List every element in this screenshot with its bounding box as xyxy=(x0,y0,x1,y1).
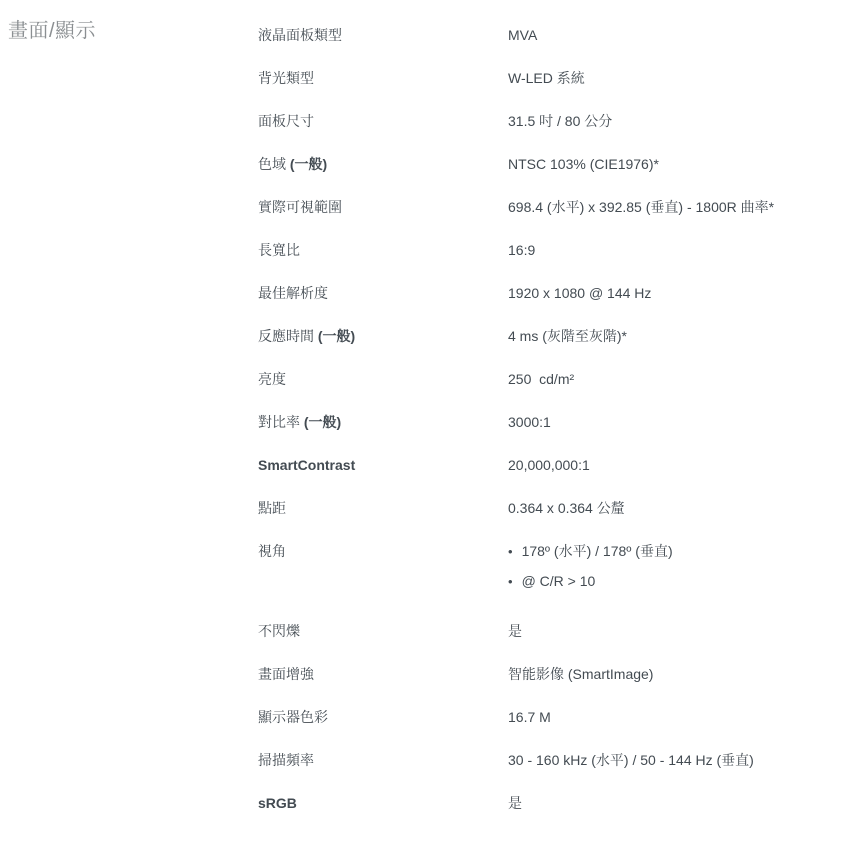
bullet-text: @ C/R > 10 xyxy=(522,572,596,591)
spec-row: 視角•178º (水平) / 178º (垂直)•@ C/R > 10 xyxy=(258,534,850,614)
spec-row: 亮度250 cd/m² xyxy=(258,362,850,405)
spec-row: 對比率 (一般)3000:1 xyxy=(258,405,850,448)
spec-value: 20,000,000:1 xyxy=(508,456,590,475)
spec-label: 最佳解析度 xyxy=(258,284,508,303)
spec-label: 掃描頻率 xyxy=(258,751,508,770)
spec-value: MVA xyxy=(508,26,537,45)
spec-value: 智能影像 (SmartImage) xyxy=(508,665,653,684)
spec-value: 698.4 (水平) x 392.85 (垂直) - 1800R 曲率* xyxy=(508,198,774,217)
spec-label: SmartContrast xyxy=(258,456,508,475)
spec-value: 是 xyxy=(508,622,522,641)
bullet-line: •178º (水平) / 178º (垂直) xyxy=(508,542,673,561)
spec-value: W-LED 系統 xyxy=(508,69,585,88)
bullet-icon: • xyxy=(508,542,513,561)
spec-label: 背光類型 xyxy=(258,69,508,88)
spec-label: 顯示器色彩 xyxy=(258,708,508,727)
spec-label: 反應時間 (一般) xyxy=(258,327,508,346)
spec-value: 0.364 x 0.364 公釐 xyxy=(508,499,625,518)
bullet-text: 178º (水平) / 178º (垂直) xyxy=(522,542,673,561)
spec-value: 30 - 160 kHz (水平) / 50 - 144 Hz (垂直) xyxy=(508,751,754,770)
bullet-line: •@ C/R > 10 xyxy=(508,572,673,591)
spec-value: NTSC 103% (CIE1976)* xyxy=(508,155,659,174)
spec-value: 16.7 M xyxy=(508,708,551,727)
spec-label: sRGB xyxy=(258,794,508,813)
bullet-icon: • xyxy=(508,572,513,591)
spec-row: 實際可視範圍698.4 (水平) x 392.85 (垂直) - 1800R 曲… xyxy=(258,190,850,233)
spec-label: 實際可視範圍 xyxy=(258,198,508,217)
spec-label: 點距 xyxy=(258,499,508,518)
spec-row: 長寬比16:9 xyxy=(258,233,850,276)
spec-label: 面板尺寸 xyxy=(258,112,508,131)
spec-row: 最佳解析度1920 x 1080 @ 144 Hz xyxy=(258,276,850,319)
spec-value: 是 xyxy=(508,794,522,813)
spec-row: 色域 (一般)NTSC 103% (CIE1976)* xyxy=(258,147,850,190)
spec-label: 亮度 xyxy=(258,370,508,389)
spec-row: 背光類型W-LED 系統 xyxy=(258,61,850,104)
spec-label: 色域 (一般) xyxy=(258,155,508,174)
spec-table: 液晶面板類型MVA背光類型W-LED 系統面板尺寸31.5 吋 / 80 公分色… xyxy=(258,18,850,841)
spec-row: 液晶面板類型MVA xyxy=(258,18,850,61)
spec-row: 不閃爍是 xyxy=(258,614,850,657)
spec-row: 顯示器色彩16.7 M xyxy=(258,700,850,743)
spec-label: 液晶面板類型 xyxy=(258,26,508,45)
spec-label: 長寬比 xyxy=(258,241,508,260)
spec-label: 視角 xyxy=(258,542,508,561)
spec-page: 畫面/顯示 液晶面板類型MVA背光類型W-LED 系統面板尺寸31.5 吋 / … xyxy=(0,0,850,841)
spec-value: 3000:1 xyxy=(508,413,551,432)
spec-label: 畫面增強 xyxy=(258,665,508,684)
spec-value: 1920 x 1080 @ 144 Hz xyxy=(508,284,651,303)
spec-row: sRGB是 xyxy=(258,786,850,829)
spec-value: 4 ms (灰階至灰階)* xyxy=(508,327,627,346)
spec-label: 不閃爍 xyxy=(258,622,508,641)
spec-label: 對比率 (一般) xyxy=(258,413,508,432)
spec-value: 16:9 xyxy=(508,241,535,260)
section-title: 畫面/顯示 xyxy=(8,18,258,841)
spec-value: 250 cd/m² xyxy=(508,370,574,389)
spec-row: 畫面增強智能影像 (SmartImage) xyxy=(258,657,850,700)
spec-row: SmartContrast20,000,000:1 xyxy=(258,448,850,491)
spec-row: 反應時間 (一般)4 ms (灰階至灰階)* xyxy=(258,319,850,362)
spec-row: 點距0.364 x 0.364 公釐 xyxy=(258,491,850,534)
spec-value: 31.5 吋 / 80 公分 xyxy=(508,112,612,131)
spec-value: •178º (水平) / 178º (垂直)•@ C/R > 10 xyxy=(508,542,673,591)
spec-row: 面板尺寸31.5 吋 / 80 公分 xyxy=(258,104,850,147)
spec-row: 掃描頻率30 - 160 kHz (水平) / 50 - 144 Hz (垂直) xyxy=(258,743,850,786)
